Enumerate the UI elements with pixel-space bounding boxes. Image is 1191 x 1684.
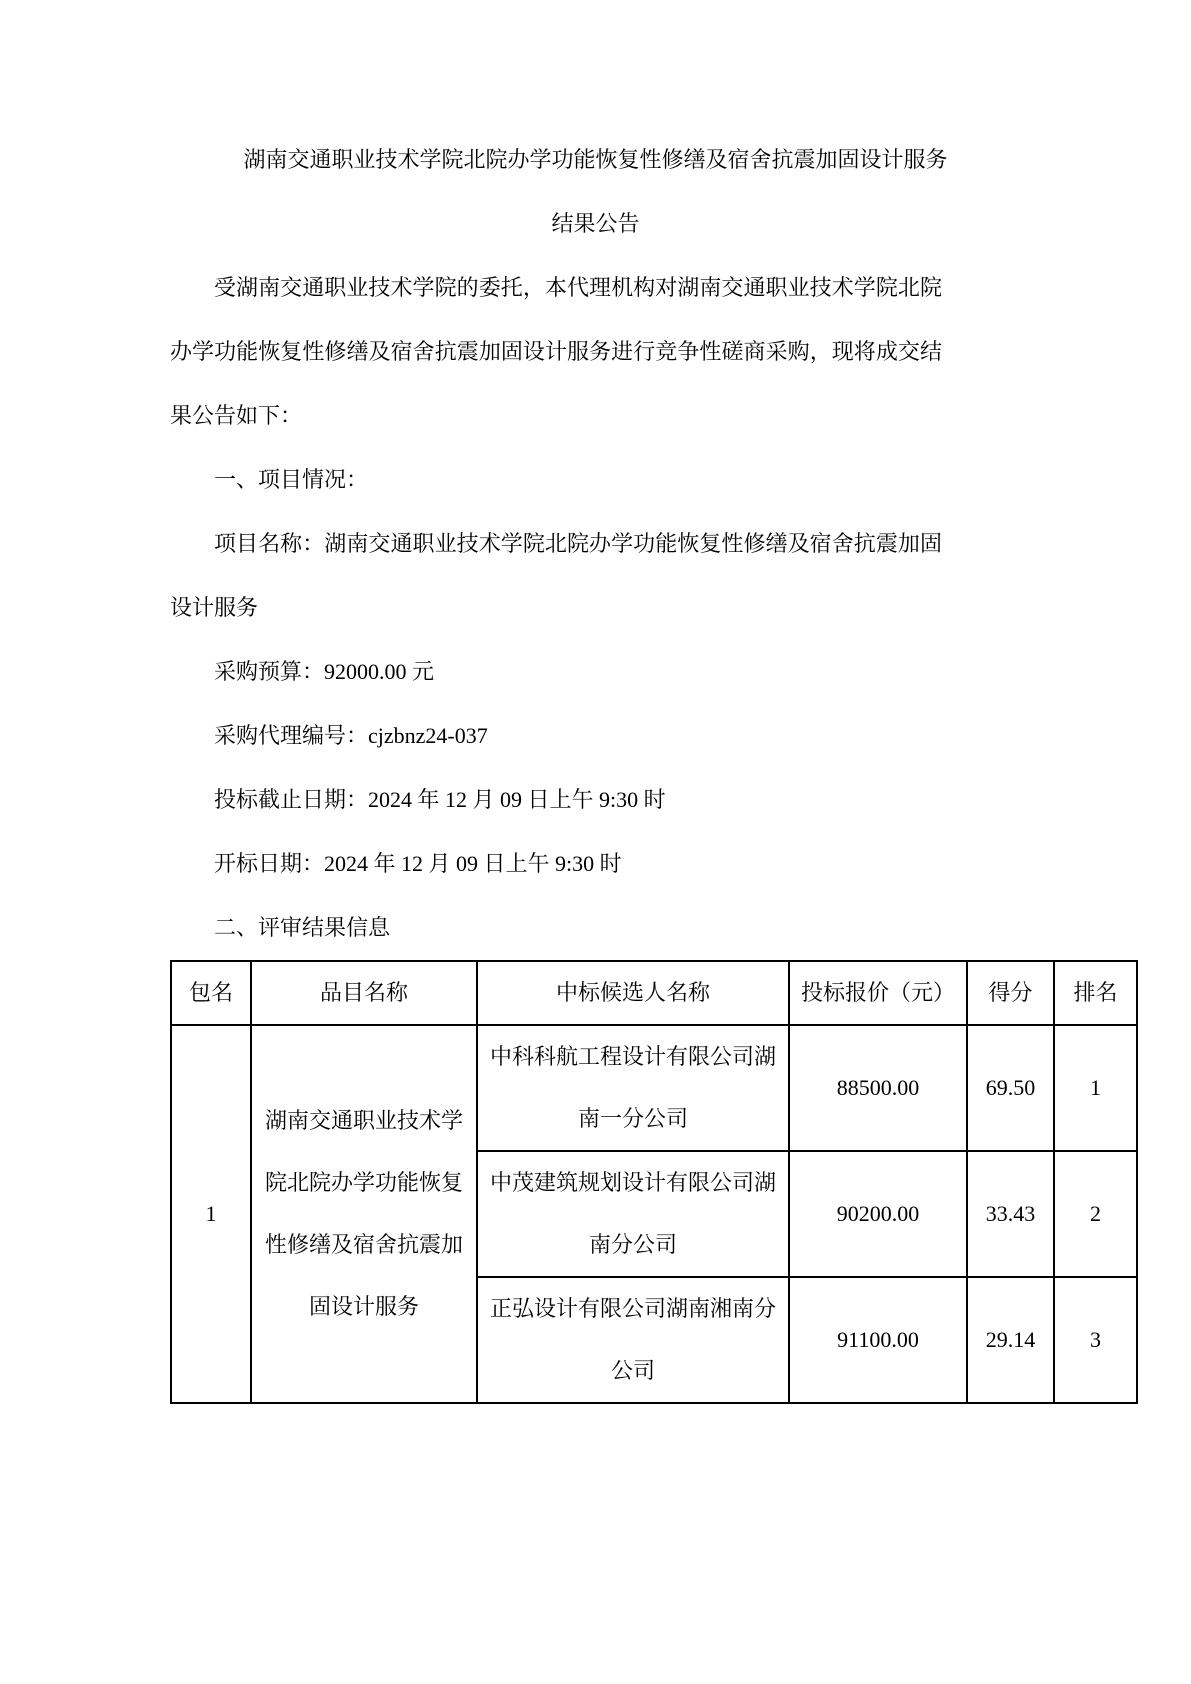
bid-opening-line: 开标日期：2024 年 12 月 09 日上午 9:30 时	[170, 832, 942, 896]
document-title: 湖南交通职业技术学院北院办学功能恢复性修缮及宿舍抗震加固设计服务	[170, 128, 1021, 192]
candidate-cell: 正弘设计有限公司湖南湘南分公司	[477, 1277, 789, 1403]
bid-price-cell: 88500.00	[789, 1025, 967, 1151]
table-header-row: 包名 品目名称 中标候选人名称 投标报价（元） 得分 排名	[171, 961, 1137, 1025]
score-cell: 29.14	[967, 1277, 1054, 1403]
score-cell: 33.43	[967, 1151, 1054, 1277]
section-2-heading: 二、评审结果信息	[170, 896, 942, 960]
item-name-cell: 湖南交通职业技术学院北院办学功能恢复性修缮及宿舍抗震加固设计服务	[251, 1025, 477, 1403]
project-name-line: 项目名称：湖南交通职业技术学院北院办学功能恢复性修缮及宿舍抗震加固设计服务	[170, 512, 942, 640]
header-candidate: 中标候选人名称	[477, 961, 789, 1025]
header-bid-price: 投标报价（元）	[789, 961, 967, 1025]
bid-price-cell: 91100.00	[789, 1277, 967, 1403]
agency-code-line: 采购代理编号：cjzbnz24-037	[170, 704, 942, 768]
result-table: 包名 品目名称 中标候选人名称 投标报价（元） 得分 排名 1 湖南交通职业技术…	[170, 960, 1138, 1404]
rank-cell: 2	[1054, 1151, 1137, 1277]
candidate-cell: 中科科航工程设计有限公司湖南一分公司	[477, 1025, 789, 1151]
table-row: 1 湖南交通职业技术学院北院办学功能恢复性修缮及宿舍抗震加固设计服务 中科科航工…	[171, 1025, 1137, 1151]
intro-paragraph: 受湖南交通职业技术学院的委托，本代理机构对湖南交通职业技术学院北院办学功能恢复性…	[170, 256, 942, 448]
section-1-heading: 一、项目情况：	[170, 448, 942, 512]
announcement-document: 湖南交通职业技术学院北院办学功能恢复性修缮及宿舍抗震加固设计服务 结果公告 受湖…	[0, 0, 1191, 1404]
rank-cell: 3	[1054, 1277, 1137, 1403]
package-cell: 1	[171, 1025, 251, 1403]
budget-line: 采购预算：92000.00 元	[170, 640, 942, 704]
document-subtitle: 结果公告	[170, 192, 1021, 256]
candidate-cell: 中茂建筑规划设计有限公司湖南分公司	[477, 1151, 789, 1277]
score-cell: 69.50	[967, 1025, 1054, 1151]
header-package: 包名	[171, 961, 251, 1025]
header-rank: 排名	[1054, 961, 1137, 1025]
header-item-name: 品目名称	[251, 961, 477, 1025]
bid-deadline-line: 投标截止日期：2024 年 12 月 09 日上午 9:30 时	[170, 768, 942, 832]
header-score: 得分	[967, 961, 1054, 1025]
rank-cell: 1	[1054, 1025, 1137, 1151]
bid-price-cell: 90200.00	[789, 1151, 967, 1277]
